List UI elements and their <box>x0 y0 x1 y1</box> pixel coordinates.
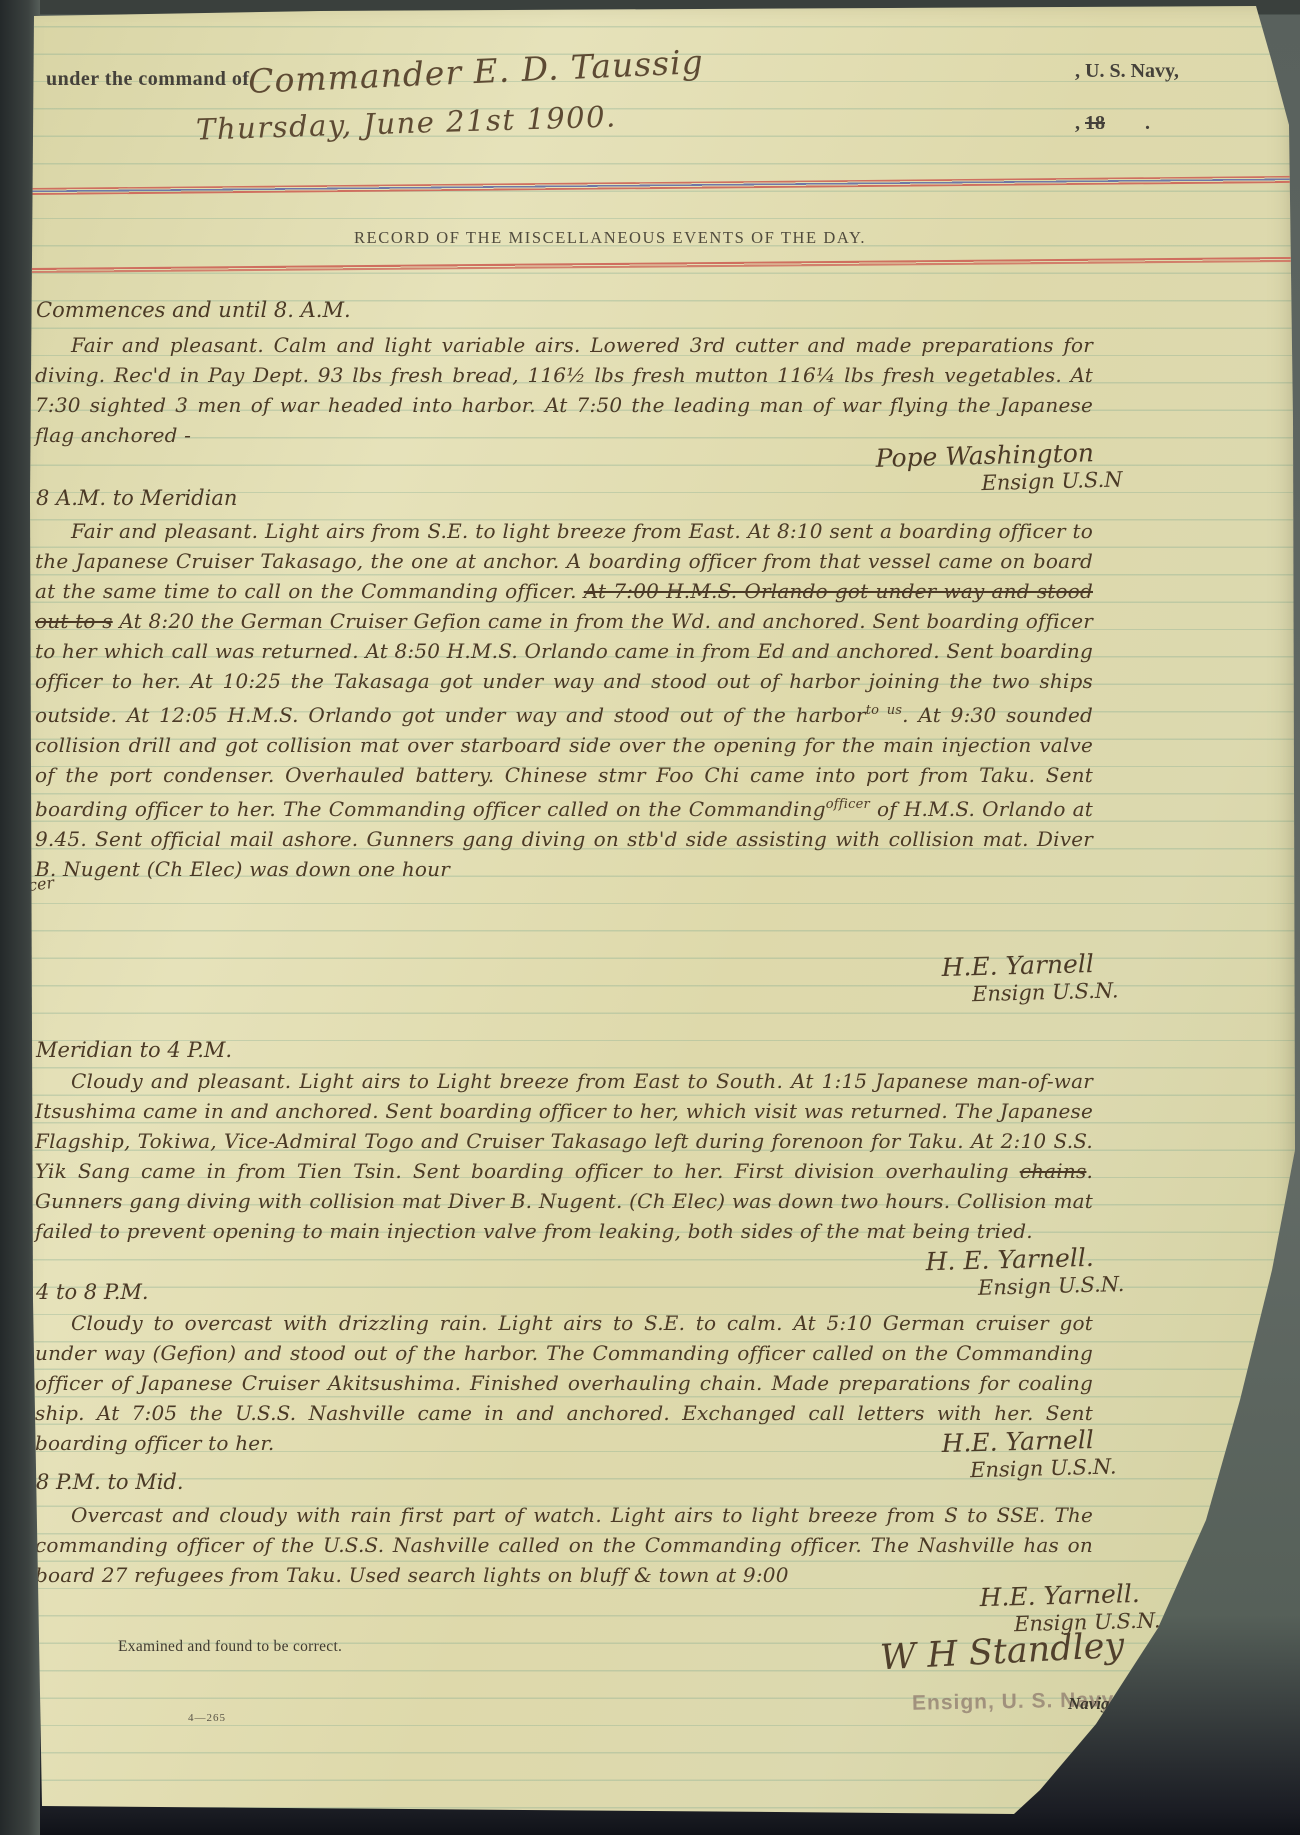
record-title: RECORD OF THE MISCELLANEOUS EVENTS OF TH… <box>300 228 920 248</box>
navigator-signature: W H Standley <box>879 1626 1125 1679</box>
number-period: . <box>1105 112 1150 134</box>
signature-rank: Ensign U.S.N. <box>942 977 1119 1009</box>
log-page-photo: under the command of Commander E. D. Tau… <box>0 0 1300 1835</box>
printed-number-line: , 18 . <box>1075 112 1150 135</box>
section-body-commences: Fair and pleasant. Calm and light variab… <box>35 330 1093 450</box>
section-heading-4-8pm: 4 to 8 P.M. <box>36 1280 149 1304</box>
section-body-8pm-mid: Overcast and cloudy with rain first part… <box>35 1500 1093 1590</box>
body-text: Cloudy and pleasant. Light airs to Light… <box>35 1069 1093 1183</box>
signature-rank: Ensign U.S.N. <box>942 1453 1117 1485</box>
logbook-page: under the command of Commander E. D. Tau… <box>0 0 1300 1835</box>
section-heading-commences: Commences and until 8. A.M. <box>36 298 351 322</box>
inserted-text: to us <box>866 703 902 718</box>
struck-text: chains <box>1020 1159 1087 1183</box>
body-text: Cloudy to overcast with drizzling rain. … <box>35 1311 1093 1455</box>
body-text: Overcast and cloudy with rain first part… <box>35 1503 1093 1587</box>
form-number: 4—265 <box>188 1712 226 1724</box>
examined-statement: Examined and found to be correct. <box>118 1638 342 1656</box>
date-line-handwritten: Thursday, June 21st 1900. <box>196 99 618 146</box>
printed-command-prefix: under the command of <box>46 68 250 91</box>
navigator-printed-label: Navigator. <box>1068 1694 1141 1714</box>
struck-18: 18 <box>1085 112 1105 134</box>
commander-name-handwritten: Commander E. D. Taussig <box>247 42 704 101</box>
section-heading-8am-meridian: 8 A.M. to Meridian <box>36 486 237 510</box>
number-comma: , <box>1075 112 1085 134</box>
signature-name: H.E. Yarnell. <box>979 1580 1140 1612</box>
signature-rank: Ensign U.S.N. <box>926 1271 1125 1303</box>
section-heading-8pm-mid: 8 P.M. to Mid. <box>36 1470 184 1494</box>
section-heading-meridian-4pm: Meridian to 4 P.M. <box>36 1038 232 1062</box>
section-body-meridian-4pm: Cloudy and pleasant. Light airs to Light… <box>35 1066 1093 1246</box>
section-body-4-8pm: Cloudy to overcast with drizzling rain. … <box>35 1308 1093 1458</box>
signature-name: H.E. Yarnell <box>941 1426 1094 1458</box>
signature-block-3: H. E. Yarnell. Ensign U.S.N. <box>925 1244 1094 1303</box>
header-rule-top <box>30 176 1296 195</box>
signature-block-1: Pope Washington Ensign U.S.N <box>875 439 1095 500</box>
section-body-8am-meridian: Fair and pleasant. Light airs from S.E. … <box>35 516 1093 884</box>
signature-name: H. E. Yarnell. <box>925 1244 1094 1276</box>
printed-us-navy-label: , U. S. Navy, <box>1075 60 1179 83</box>
signature-name: H.E. Yarnell <box>941 950 1094 982</box>
signature-block-4: H.E. Yarnell Ensign U.S.N. <box>941 1426 1095 1485</box>
header-rule-bottom <box>28 257 1298 273</box>
inserted-text: officer <box>826 797 870 812</box>
body-text: Fair and pleasant. Calm and light variab… <box>35 333 1093 447</box>
signature-block-2: H.E. Yarnell Ensign U.S.N. <box>941 950 1095 1009</box>
